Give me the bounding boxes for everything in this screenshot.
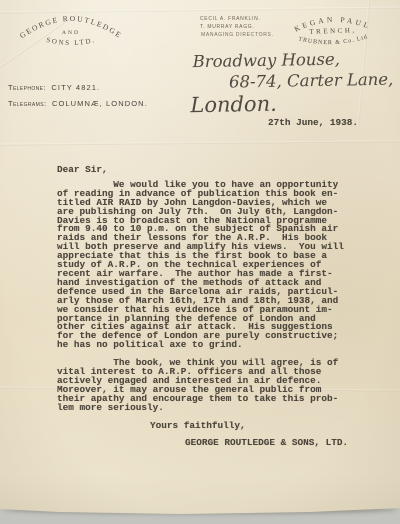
directors-block: CECIL A. FRANKLIN. T. MURRAY RAGG. MANAG… xyxy=(200,15,274,39)
closing: Yours faithfully, xyxy=(57,422,348,431)
svg-text:SONS LTD.: SONS LTD. xyxy=(46,36,97,47)
svg-text:GEORGE ROUTLEDGE: GEORGE ROUTLEDGE xyxy=(18,14,124,40)
telephone-line: Telephone: CITY 4821. xyxy=(8,83,148,92)
telegrams-line: Telegrams: COLUMNÆ, LONDON. xyxy=(8,99,148,108)
scanned-letter-photo: GEORGE ROUTLEDGE AND SONS LTD. CECIL A. … xyxy=(0,0,400,524)
salutation: Dear Sir, xyxy=(57,166,348,175)
address-line2: 68-74, Carter Lane, EC4 xyxy=(229,69,400,92)
letter-body: Dear Sir, We would like you to have an o… xyxy=(57,166,348,448)
contact-block: Telephone: CITY 4821. Telegrams: COLUMNÆ… xyxy=(8,83,148,115)
address-block: Broadway House, 68-74, Carter Lane, EC4 … xyxy=(192,48,400,117)
brand-left-arc-top: GEORGE ROUTLEDGE xyxy=(18,14,124,40)
letter-paper: GEORGE ROUTLEDGE AND SONS LTD. CECIL A. … xyxy=(0,0,400,516)
directors-title: MANAGING DIRECTORS. xyxy=(201,31,274,39)
svg-text:TRUBNER & Co. Ltd: TRUBNER & Co. Ltd xyxy=(298,34,369,47)
signature: GEORGE ROUTLEDGE & SONS, LTD. xyxy=(57,439,348,448)
director-name: T. MURRAY RAGG. xyxy=(200,23,274,31)
brand-left-middle: AND xyxy=(62,30,80,36)
telephone-label: Telephone: xyxy=(8,83,46,92)
paragraph-2: The book, we think you will agree, is of… xyxy=(57,359,348,412)
paragraph-1: We would like you to have an opportunity… xyxy=(57,181,348,350)
address-line3: London. xyxy=(190,89,400,117)
director-name: CECIL A. FRANKLIN. xyxy=(200,15,274,23)
letter-date: 27th June, 1938. xyxy=(268,119,358,128)
paper-crease xyxy=(0,140,400,146)
telegrams-value: COLUMNÆ, LONDON. xyxy=(52,99,148,108)
brand-right-arc-bottom: TRUBNER & Co. Ltd xyxy=(298,34,369,47)
telephone-value: CITY 4821. xyxy=(51,83,100,92)
telegrams-label: Telegrams: xyxy=(8,99,46,108)
address-street: 68-74, Carter Lane, xyxy=(229,70,394,92)
letterhead-george-routledge: GEORGE ROUTLEDGE AND SONS LTD. xyxy=(14,8,129,56)
brand-right-middle: TRENCH, xyxy=(309,26,357,36)
brand-left-arc-bottom: SONS LTD. xyxy=(46,36,97,47)
address-line1: Broadway House, xyxy=(192,48,400,71)
